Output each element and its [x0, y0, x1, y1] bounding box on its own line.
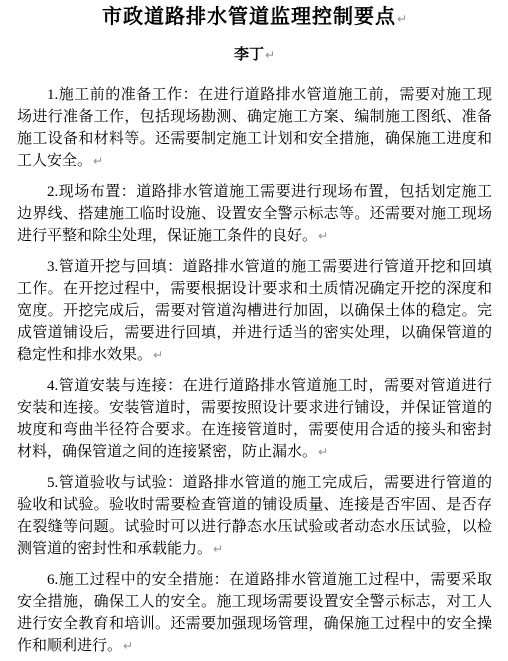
paragraph-6-text: 6.施工过程中的安全措施：在道路排水管道施工过程中，需要采取安全措施，确保工人的…	[17, 572, 492, 654]
document-author: 李丁↵	[17, 45, 492, 65]
paragraph-return-icon: ↵	[212, 542, 223, 556]
paragraph-2-text: 2.现场布置：道路排水管道施工需要进行现场布置，包括划定施工边界线、搭建施工临时…	[17, 184, 492, 244]
paragraph-5-text: 5.管道验收与试验：道路排水管道的施工完成后，需要进行管道的验收和试验。验收时需…	[17, 475, 492, 557]
document-author-text: 李丁	[234, 47, 264, 63]
document-title: 市政道路排水管道监理控制要点↵	[17, 4, 492, 32]
paragraph-2: 2.现场布置：道路排水管道施工需要进行现场布置，包括划定施工边界线、搭建施工临时…	[17, 181, 492, 247]
paragraph-return-icon: ↵	[264, 48, 275, 62]
paragraph-1-text: 1.施工前的准备工作：在进行道路排水管道施工前，需要对施工现场进行准备工作，包括…	[17, 87, 492, 169]
paragraph-return-icon: ↵	[317, 445, 328, 459]
document-title-text: 市政道路排水管道监理控制要点	[102, 6, 396, 28]
paragraph-3-text: 3.管道开挖与回填：道路排水管道的施工需要进行管道开挖和回填工作。在开挖过程中，…	[17, 259, 492, 363]
paragraph-return-icon: ↵	[396, 12, 407, 26]
paragraph-return-icon: ↵	[317, 229, 328, 243]
paragraph-return-icon: ↵	[122, 639, 133, 653]
paragraph-6: 6.施工过程中的安全措施：在道路排水管道施工过程中，需要采取安全措施，确保工人的…	[17, 569, 492, 657]
paragraph-5: 5.管道验收与试验：道路排水管道的施工完成后，需要进行管道的验收和试验。验收时需…	[17, 472, 492, 560]
document-page: 市政道路排水管道监理控制要点↵ 李丁↵ 1.施工前的准备工作：在进行道路排水管道…	[0, 0, 508, 661]
paragraph-return-icon: ↵	[92, 154, 103, 168]
paragraph-return-icon: ↵	[152, 348, 163, 362]
paragraph-3: 3.管道开挖与回填：道路排水管道的施工需要进行管道开挖和回填工作。在开挖过程中，…	[17, 256, 492, 366]
paragraph-1: 1.施工前的准备工作：在进行道路排水管道施工前，需要对施工现场进行准备工作，包括…	[17, 84, 492, 172]
paragraph-4: 4.管道安装与连接：在进行道路排水管道施工时，需要对管道进行安装和连接。安装管道…	[17, 375, 492, 463]
paragraph-4-text: 4.管道安装与连接：在进行道路排水管道施工时，需要对管道进行安装和连接。安装管道…	[17, 378, 492, 460]
